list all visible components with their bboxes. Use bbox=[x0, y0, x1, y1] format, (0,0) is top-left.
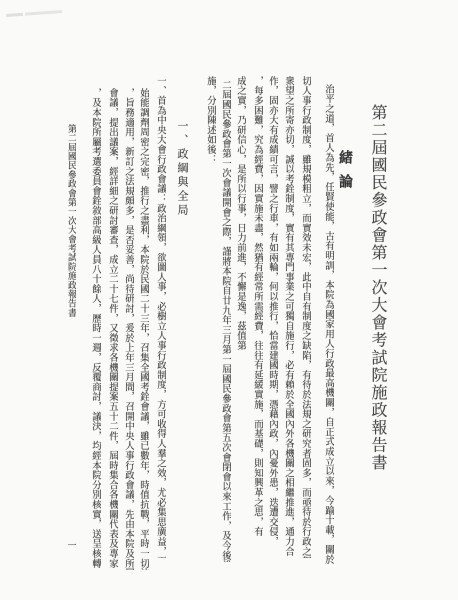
intro-text-column: 作，固亦大有成績可言，譬之行車，有如兩輪，何以推行，恰當建國時期，憑藉內政，內憂… bbox=[266, 76, 278, 558]
intro-text-column: 治平之道，首人為先，任賢使能，古有明訓，本院為國家用人行政最高機關，自正式成立以… bbox=[322, 84, 334, 566]
intro-text-column: ，每多困難，究為經費，因實施未盡，然猶有經常所需經費，往往有延緩實施，而基礎，則… bbox=[251, 76, 263, 558]
page-number: 一 bbox=[65, 540, 76, 554]
intro-text-column: 二屆國民參政會第一次會議開會之際，謹將本院自廿九年三月第一屆國民參政會第五次會閉… bbox=[219, 80, 231, 562]
margin-running-title: 第二屆國民參政會第一次大會考試院施政報告書 bbox=[65, 124, 76, 324]
section-text-column: 會議，提出議案，經詳細之研討審查，成立二十七件，又徵求各機關提案五十二件，屆時集… bbox=[106, 88, 118, 570]
intro-text-column: 衆望之所寄亦切，誠以考銓制度，實有其專門事業之可獨自施行，必有賴於全國內外各機關… bbox=[282, 76, 294, 558]
report-title: 第二屆國民參政會第一次大會考試院施政報告書 bbox=[369, 104, 387, 476]
document-page: 第二屆國民參政會第一次大會考試院施政報告書 緒論 治平之道，首人為先，任賢使能，… bbox=[0, 0, 458, 600]
intro-text-column: 成之實，乃研信心，是所以行事，日力前進，不懈是逸，茲值第 bbox=[234, 76, 246, 558]
section-text-column: 始能調劑周密之完密，推行之盡利，本院於民國二十三年，召集全國考銓會議，雖已數年，… bbox=[137, 88, 149, 570]
section-text-column: ，旨務適用，新訂之法規頗多，是否妥善，尚待研討，爰於上年三月間，召開中央人事行政… bbox=[122, 88, 134, 570]
intro-text-column: 施，分別陳述如後： bbox=[204, 76, 216, 558]
section-text-column: ，及本院所屬考選委員會銓敘部高級人員八十餘人，歷時一週，反覆商討，議決，均經本院… bbox=[89, 88, 101, 570]
section-text-column: 一、首為中央大會行政會議：政治綱領，欲圖人事，必樹立人事行政制度，方可收得人羣之… bbox=[154, 76, 166, 558]
section-heading: 一、政綱與全局 bbox=[175, 120, 189, 230]
intro-text-column: 切人事行政制度，雖規模粗立，而實效未宏，此中自有制度之缺陷，有待於法規之研究者固… bbox=[299, 76, 311, 558]
scan-watermark bbox=[6, 10, 62, 17]
intro-heading: 緒論 bbox=[337, 150, 353, 195]
